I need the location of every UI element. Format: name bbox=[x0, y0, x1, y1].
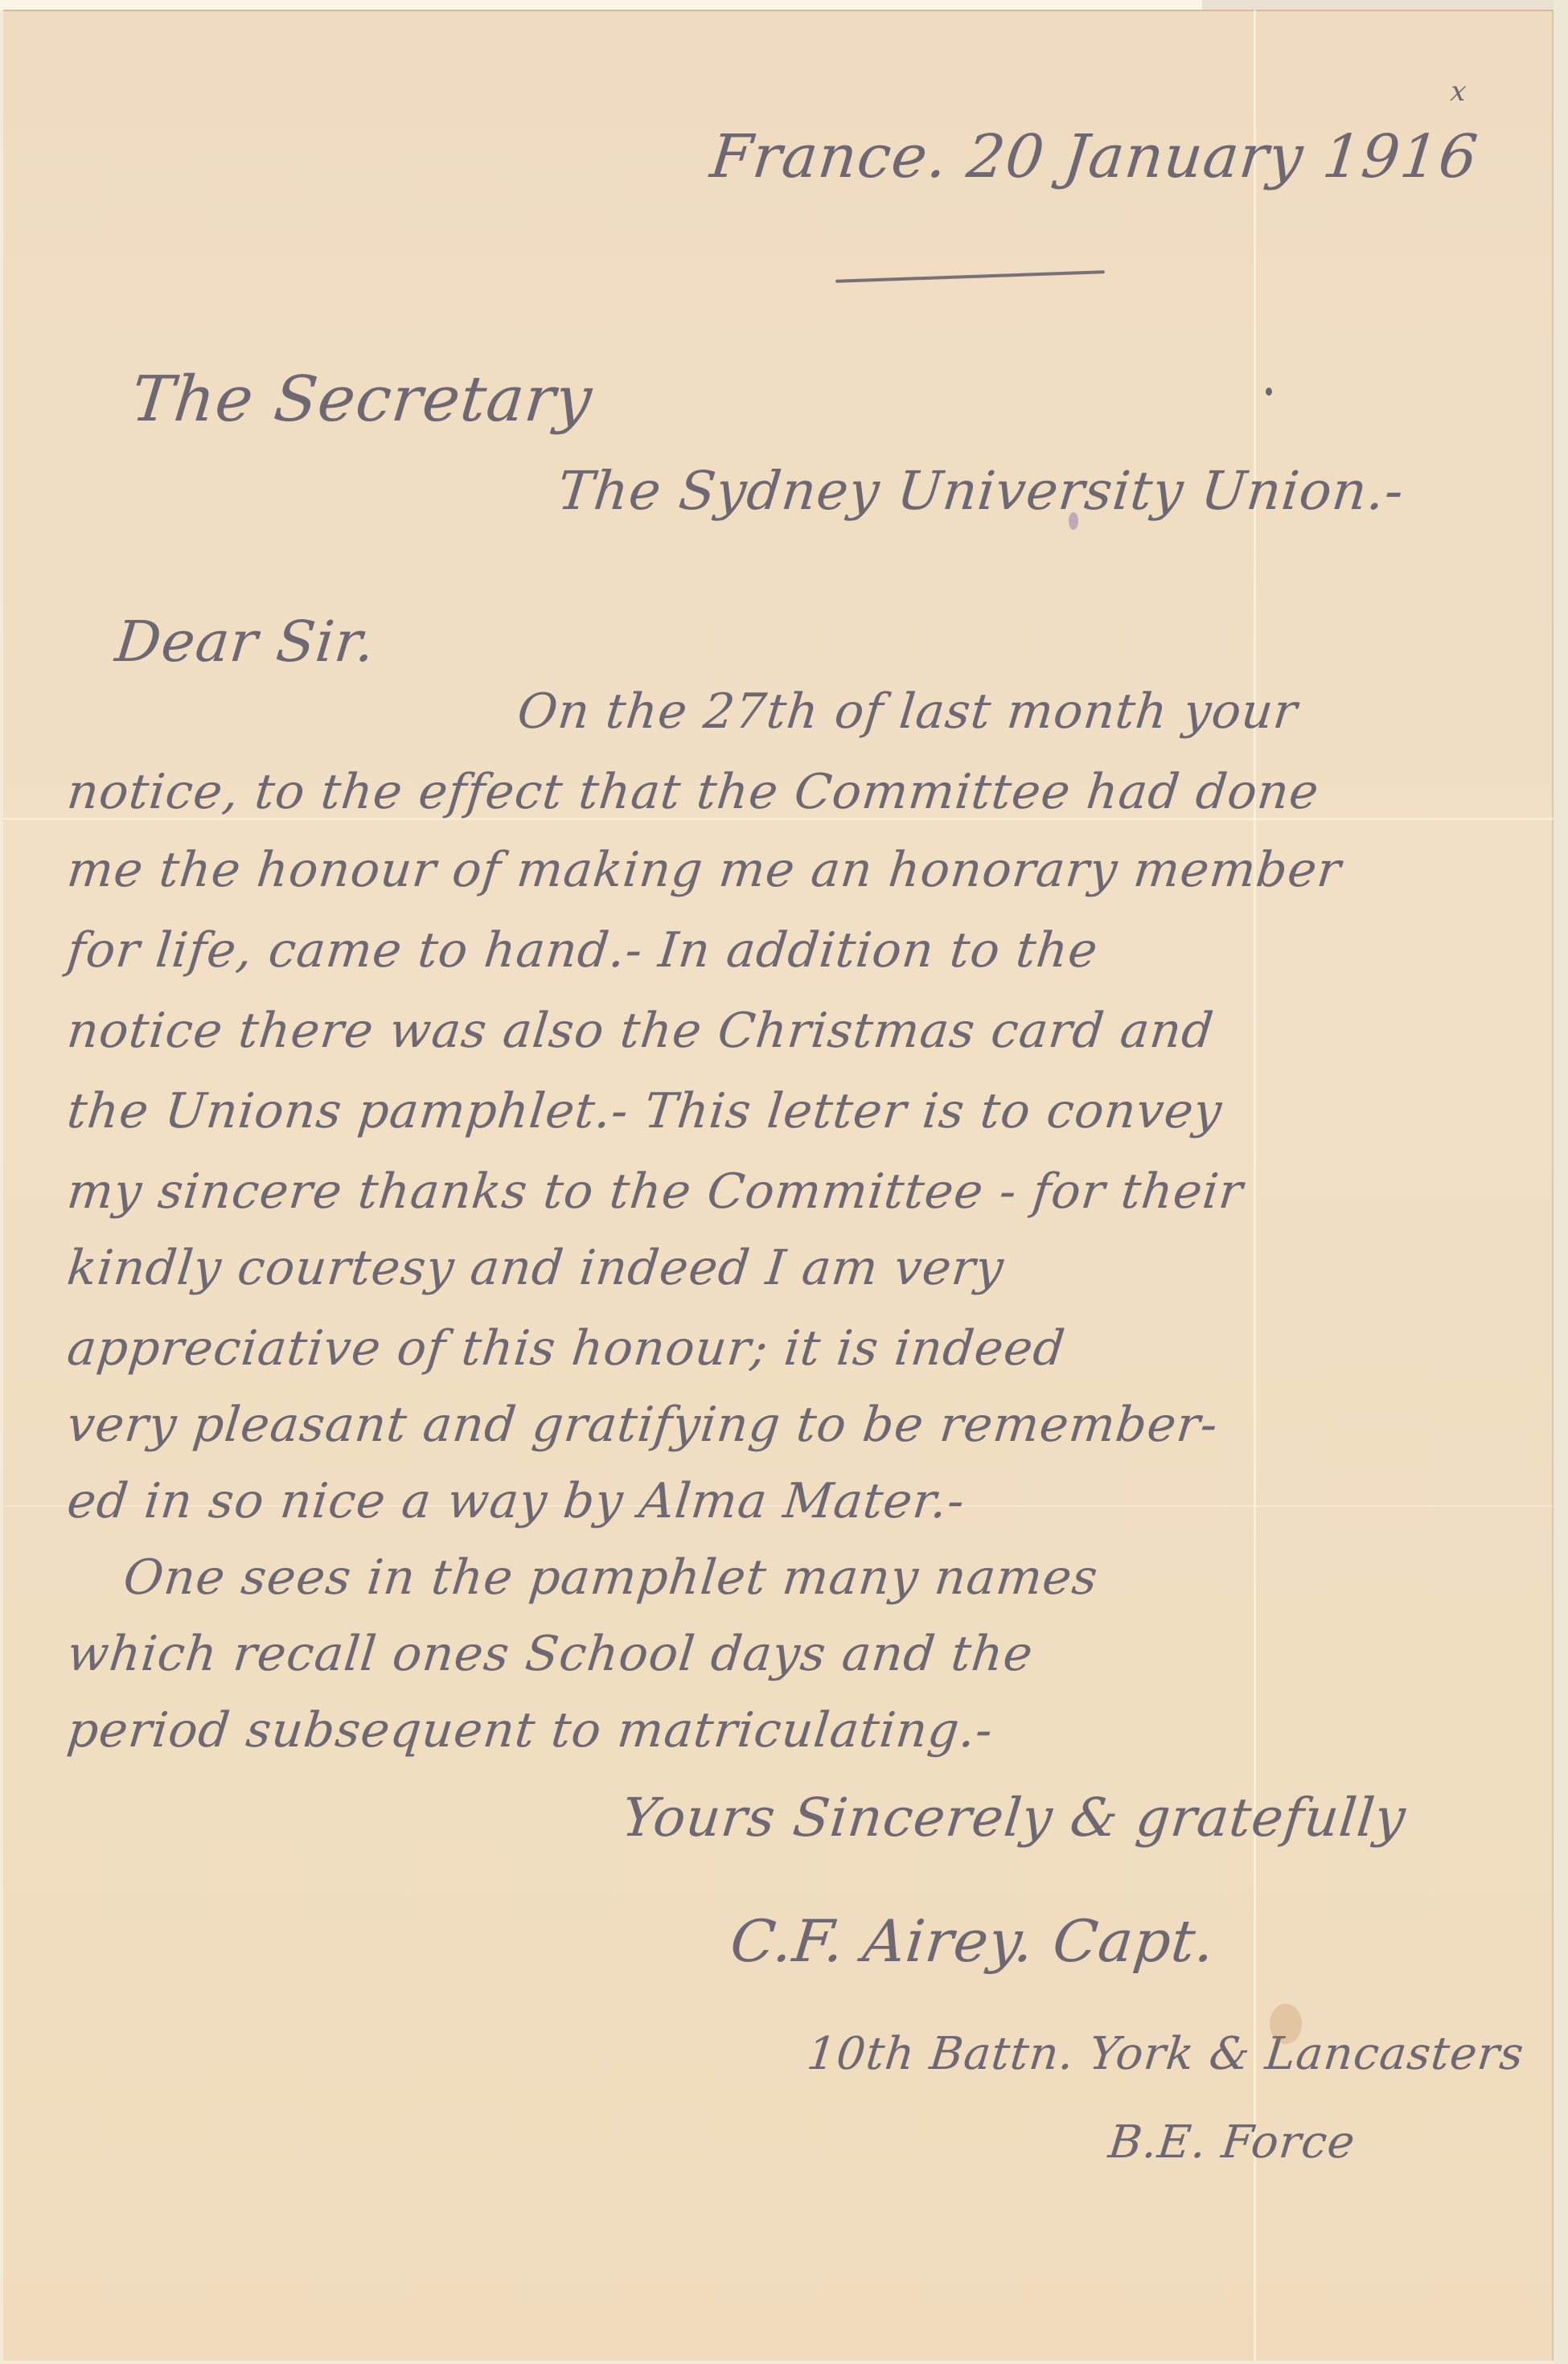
body-line: my sincere thanks to the Committee - for… bbox=[64, 1164, 1246, 1220]
scan-right-margin bbox=[1554, 0, 1568, 2364]
body-line: On the 27th of last month your bbox=[515, 683, 1300, 740]
body-line: ed in so nice a way by Alma Mater.- bbox=[64, 1473, 967, 1529]
body-line: very pleasant and gratifying to be remem… bbox=[64, 1397, 1221, 1453]
dateline: France. 20 January 1916 bbox=[707, 122, 1481, 191]
signatory-unit: 10th Battn. York & Lancasters bbox=[805, 2028, 1527, 2080]
pencil-dot bbox=[1266, 388, 1272, 396]
letter-paper: x France. 20 January 1916 The Secretary … bbox=[3, 10, 1554, 2361]
body-line: me the honour of making me an honorary m… bbox=[64, 842, 1344, 898]
body-line: One sees in the pamphlet many names bbox=[121, 1549, 1101, 1606]
paper-fold-vertical bbox=[1254, 10, 1256, 2361]
addressee-organization: The Sydney University Union.- bbox=[555, 460, 1407, 522]
body-line: appreciative of this honour; it is indee… bbox=[64, 1320, 1068, 1377]
body-line: the Unions pamphlet.- This letter is to … bbox=[64, 1083, 1225, 1139]
addressee-title: The Secretary bbox=[128, 363, 596, 436]
salutation: Dear Sir. bbox=[113, 609, 379, 675]
signatory-force: B.E. Force bbox=[1106, 2116, 1358, 2169]
closing: Yours Sincerely & gratefully bbox=[619, 1787, 1409, 1849]
brown-stain bbox=[1270, 2004, 1302, 2044]
body-line: kindly courtesy and indeed I am very bbox=[64, 1240, 1007, 1296]
corner-mark: x bbox=[1449, 76, 1468, 108]
body-line: notice there was also the Christmas card… bbox=[64, 1003, 1217, 1059]
body-line: which recall ones School days and the bbox=[64, 1626, 1036, 1682]
body-line: notice, to the effect that the Committee… bbox=[64, 764, 1321, 820]
body-line: for life, came to hand.- In addition to … bbox=[64, 922, 1101, 979]
body-line: period subsequent to matriculating.- bbox=[64, 1702, 995, 1759]
violet-ink-stain bbox=[1069, 512, 1078, 530]
date-underline bbox=[835, 270, 1105, 283]
signature: C.F. Airey. Capt. bbox=[728, 1907, 1219, 1975]
